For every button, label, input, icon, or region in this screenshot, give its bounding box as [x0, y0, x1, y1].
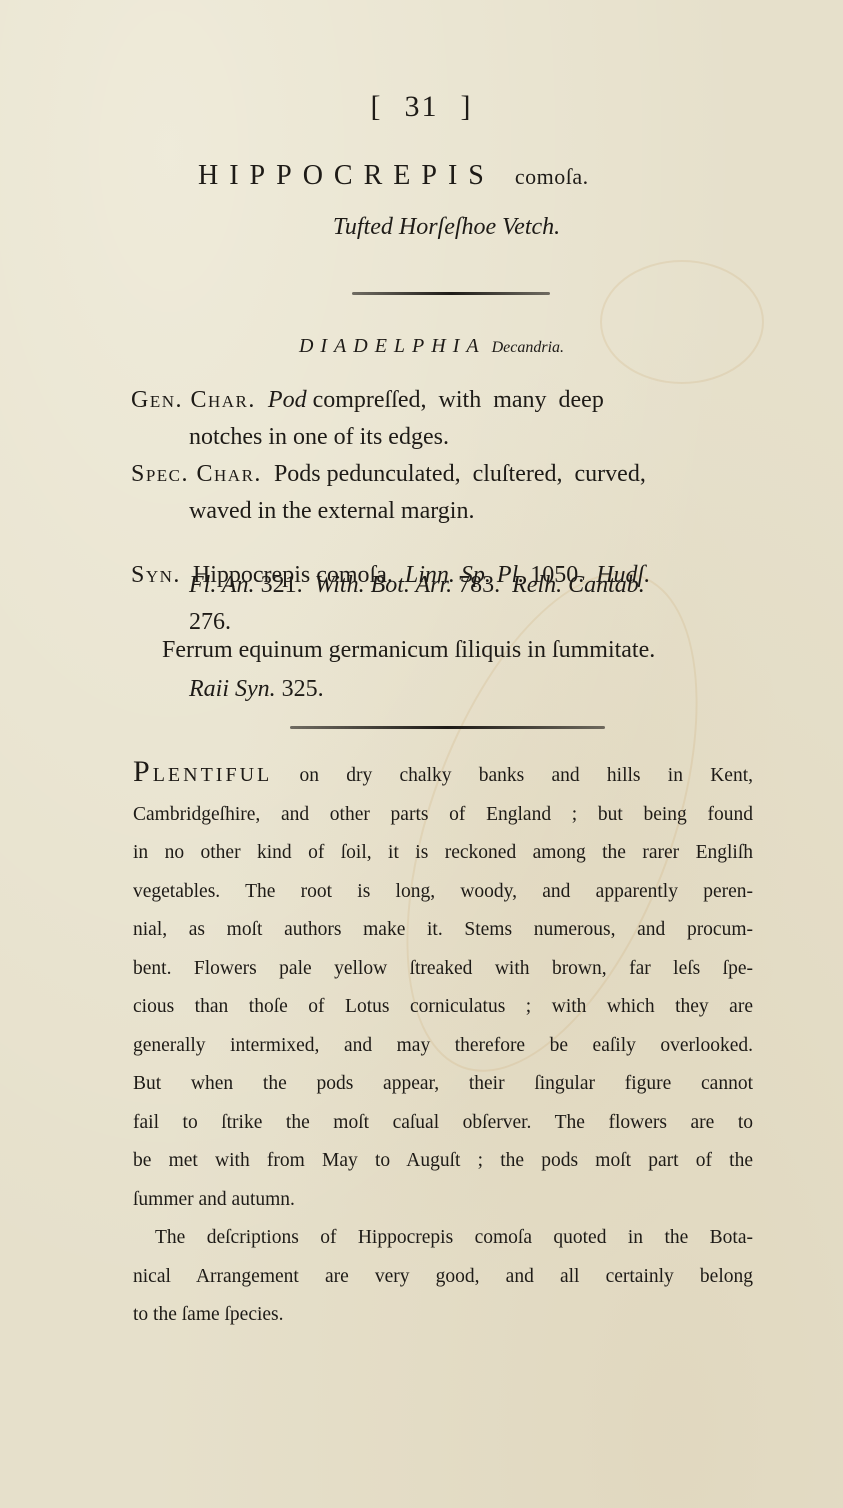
species-name: comoſa. [515, 164, 589, 189]
syn-citation: Fl. An. [189, 572, 255, 598]
raii-italic: Raii Syn. [189, 676, 276, 702]
bracket-right: ] [461, 90, 473, 124]
spec-char-text: Pods pedunculated, cluſtered, curved, [262, 461, 646, 487]
common-name: Tufted Horſeſhoe Vetch. [0, 214, 843, 241]
gen-char-continuation: notches in one of its edges. [189, 424, 449, 451]
paragraph-line: nical Arrangement are very good, and all… [133, 1258, 753, 1297]
genus-name: HIPPOCREPIS [198, 160, 495, 191]
ferrum-synonym: Ferrum equinum germanicum ſiliquis in ſu… [162, 637, 655, 664]
line-text: on dry chalky banks and hills in Kent, [272, 765, 753, 786]
order-name: Decandria. [492, 339, 564, 356]
synonymy-line-3: 276. [189, 609, 231, 636]
paragraph-line: cious than thoſe of Lotus corniculatus ;… [133, 988, 753, 1027]
raii-citation: Raii Syn. 325. [189, 676, 324, 703]
paragraph-line: But when the pods appear, their ſingular… [133, 1065, 753, 1104]
generic-character: Gen. Char. Pod compreſſed, with many dee… [131, 387, 604, 414]
paragraph-line: be met with from May to Auguſt ; the pod… [133, 1142, 753, 1181]
paragraph-line: vegetables. The root is long, woody, and… [133, 873, 753, 912]
drop-cap: P [133, 755, 153, 788]
syn-number: 321. [255, 572, 315, 598]
page-number-header: [31] [0, 90, 843, 124]
paragraph-line: ſummer and autumn. [133, 1181, 753, 1220]
gen-char-text: compreſſed, with many deep [307, 387, 604, 413]
paragraph-line: The deſcriptions of Hippocrepis comoſa q… [133, 1219, 753, 1258]
ornamental-rule [290, 726, 605, 729]
synonymy-line-2: Fl. An. 321. With. Bot. Arr. 783. Relh. … [189, 572, 645, 599]
paper-stain [600, 260, 764, 384]
book-page: [31] HIPPOCREPIScomoſa. Tufted Horſeſhoe… [0, 0, 843, 1508]
page-number: 31 [405, 90, 439, 123]
ornamental-rule [352, 292, 550, 295]
paragraph-line: nial, as moſt authors make it. Stems num… [133, 911, 753, 950]
paragraph-line: bent. Flowers pale yellow ſtreaked with … [133, 950, 753, 989]
species-title: HIPPOCREPIScomoſa. [198, 160, 589, 192]
syn-number: 783. [452, 572, 512, 598]
bracket-left: [ [371, 90, 383, 124]
linnaean-classification: DIADELPHIADecandria. [0, 335, 843, 358]
paragraph-line: in no other kind of ſoil, it is reckoned… [133, 834, 753, 873]
paragraph-line: PLENTIFUL on dry chalky banks and hills … [133, 753, 753, 796]
class-name: DIADELPHIA [299, 335, 486, 357]
gen-char-label: Gen. Char. [131, 387, 256, 413]
paragraph-line: Cambridgeſhire, and other parts of Engla… [133, 796, 753, 835]
description-paragraph-2: The deſcriptions of Hippocrepis comoſa q… [133, 1219, 753, 1335]
raii-number: 325. [276, 676, 324, 702]
drop-cap-rest: LENTIFUL [153, 764, 273, 786]
specific-character: Spec. Char. Pods pedunculated, cluſtered… [131, 461, 646, 488]
paragraph-line: generally intermixed, and may therefore … [133, 1027, 753, 1066]
spec-char-continuation: waved in the external margin. [189, 498, 474, 525]
syn-citation: With. Bot. Arr. [315, 572, 453, 598]
spec-char-label: Spec. Char. [131, 461, 262, 487]
paragraph-line: to the ſame ſpecies. [133, 1296, 753, 1335]
description-paragraph-1: PLENTIFUL on dry chalky banks and hills … [133, 753, 753, 1219]
syn-citation: Relh. Cantab. [512, 572, 645, 598]
paragraph-line: fail to ſtrike the moſt caſual obſerver.… [133, 1104, 753, 1143]
gen-char-italic: Pod [268, 387, 307, 413]
syn-label: Syn. [131, 562, 181, 588]
